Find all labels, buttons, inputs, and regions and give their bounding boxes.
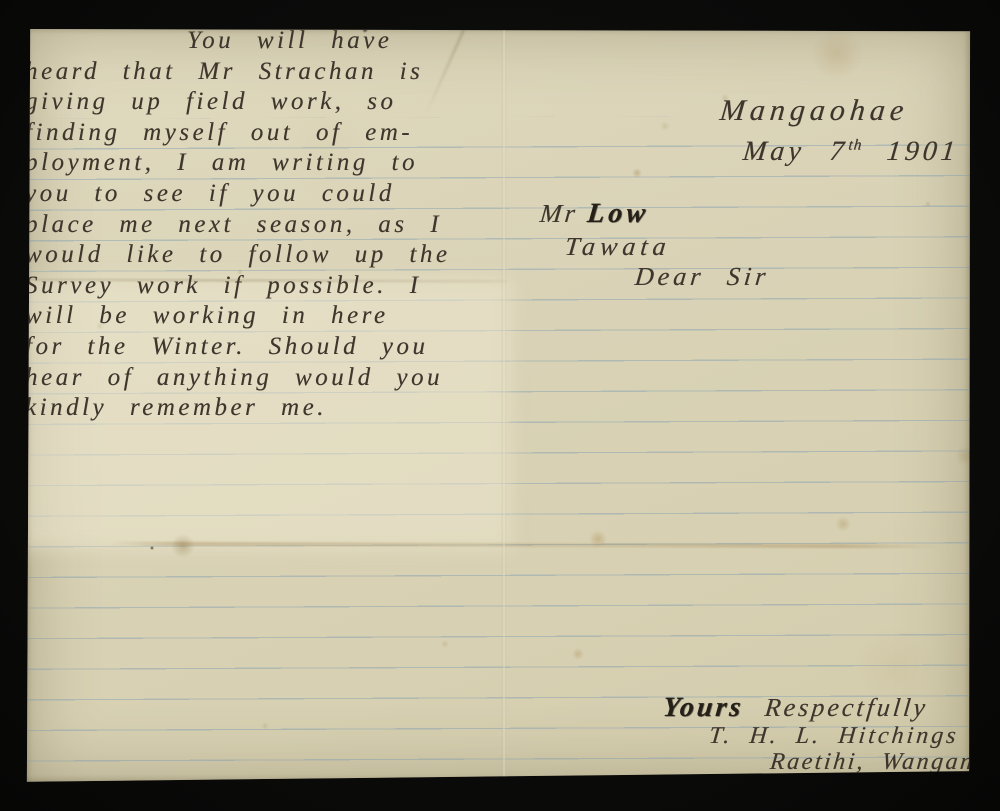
- date-year: 1901: [885, 136, 960, 167]
- recipient-line: Mr Low: [538, 198, 650, 230]
- recipient-title: Mr: [539, 199, 580, 228]
- letter-place-line: Mangaohae: [718, 94, 910, 128]
- body-line: You will have: [25, 26, 503, 57]
- signature-place-line: Raetihi, Wanganui: [769, 749, 1000, 776]
- place-name: Mangaohae: [718, 94, 910, 127]
- letter-paper: Mangaohae May 7th 1901 Mr Low Tawata Dea…: [25, 26, 971, 784]
- body-line: you to see if you could: [25, 179, 503, 210]
- signature-line: T. H. L. Hitchings: [708, 723, 960, 750]
- body-line: giving up field work, so: [25, 87, 503, 118]
- signature-place: Raetihi, Wanganui: [769, 749, 1000, 775]
- date-day: May 7: [741, 136, 849, 167]
- letter-date-line: May 7th 1901: [741, 136, 960, 168]
- body-line: Survey work if possible. I: [25, 271, 503, 302]
- recipient-address-line: Tawata: [563, 232, 672, 262]
- body-line: kindly remember me.: [25, 393, 503, 424]
- crossed-out-scribble: [793, 776, 845, 789]
- closing-line: Yours Respectfully: [661, 692, 929, 724]
- salutation-text: Dear Sir: [634, 262, 771, 291]
- closing-word: Yours: [661, 692, 745, 723]
- recipient-address: Tawata: [564, 232, 673, 261]
- handwritten-letter-text: Mangaohae May 7th 1901 Mr Low Tawata Dea…: [25, 26, 971, 784]
- body-line: heard that Mr Strachan is: [25, 57, 503, 88]
- body-line: for the Winter. Should you: [25, 332, 503, 363]
- salutation-line: Dear Sir: [633, 262, 770, 292]
- closing-rest: Respectfully: [763, 693, 929, 722]
- crossed-out-scribble-strike: [788, 780, 852, 785]
- date-ordinal: th: [848, 137, 864, 154]
- body-line: would like to follow up the: [25, 240, 503, 271]
- body-line: finding myself out of em-: [25, 118, 503, 149]
- signature-name: T. H. L. Hitchings: [708, 723, 960, 749]
- body-line: will be working in here: [25, 301, 503, 332]
- body-line: place me next season, as I: [25, 210, 503, 241]
- letter-body: You will have heard that Mr Strachan is …: [25, 26, 503, 424]
- recipient-name: Low: [586, 198, 651, 229]
- body-line: hear of anything would you: [25, 363, 503, 394]
- body-line: ployment, I am writing to: [25, 148, 503, 179]
- photo-background: Mangaohae May 7th 1901 Mr Low Tawata Dea…: [0, 0, 1000, 811]
